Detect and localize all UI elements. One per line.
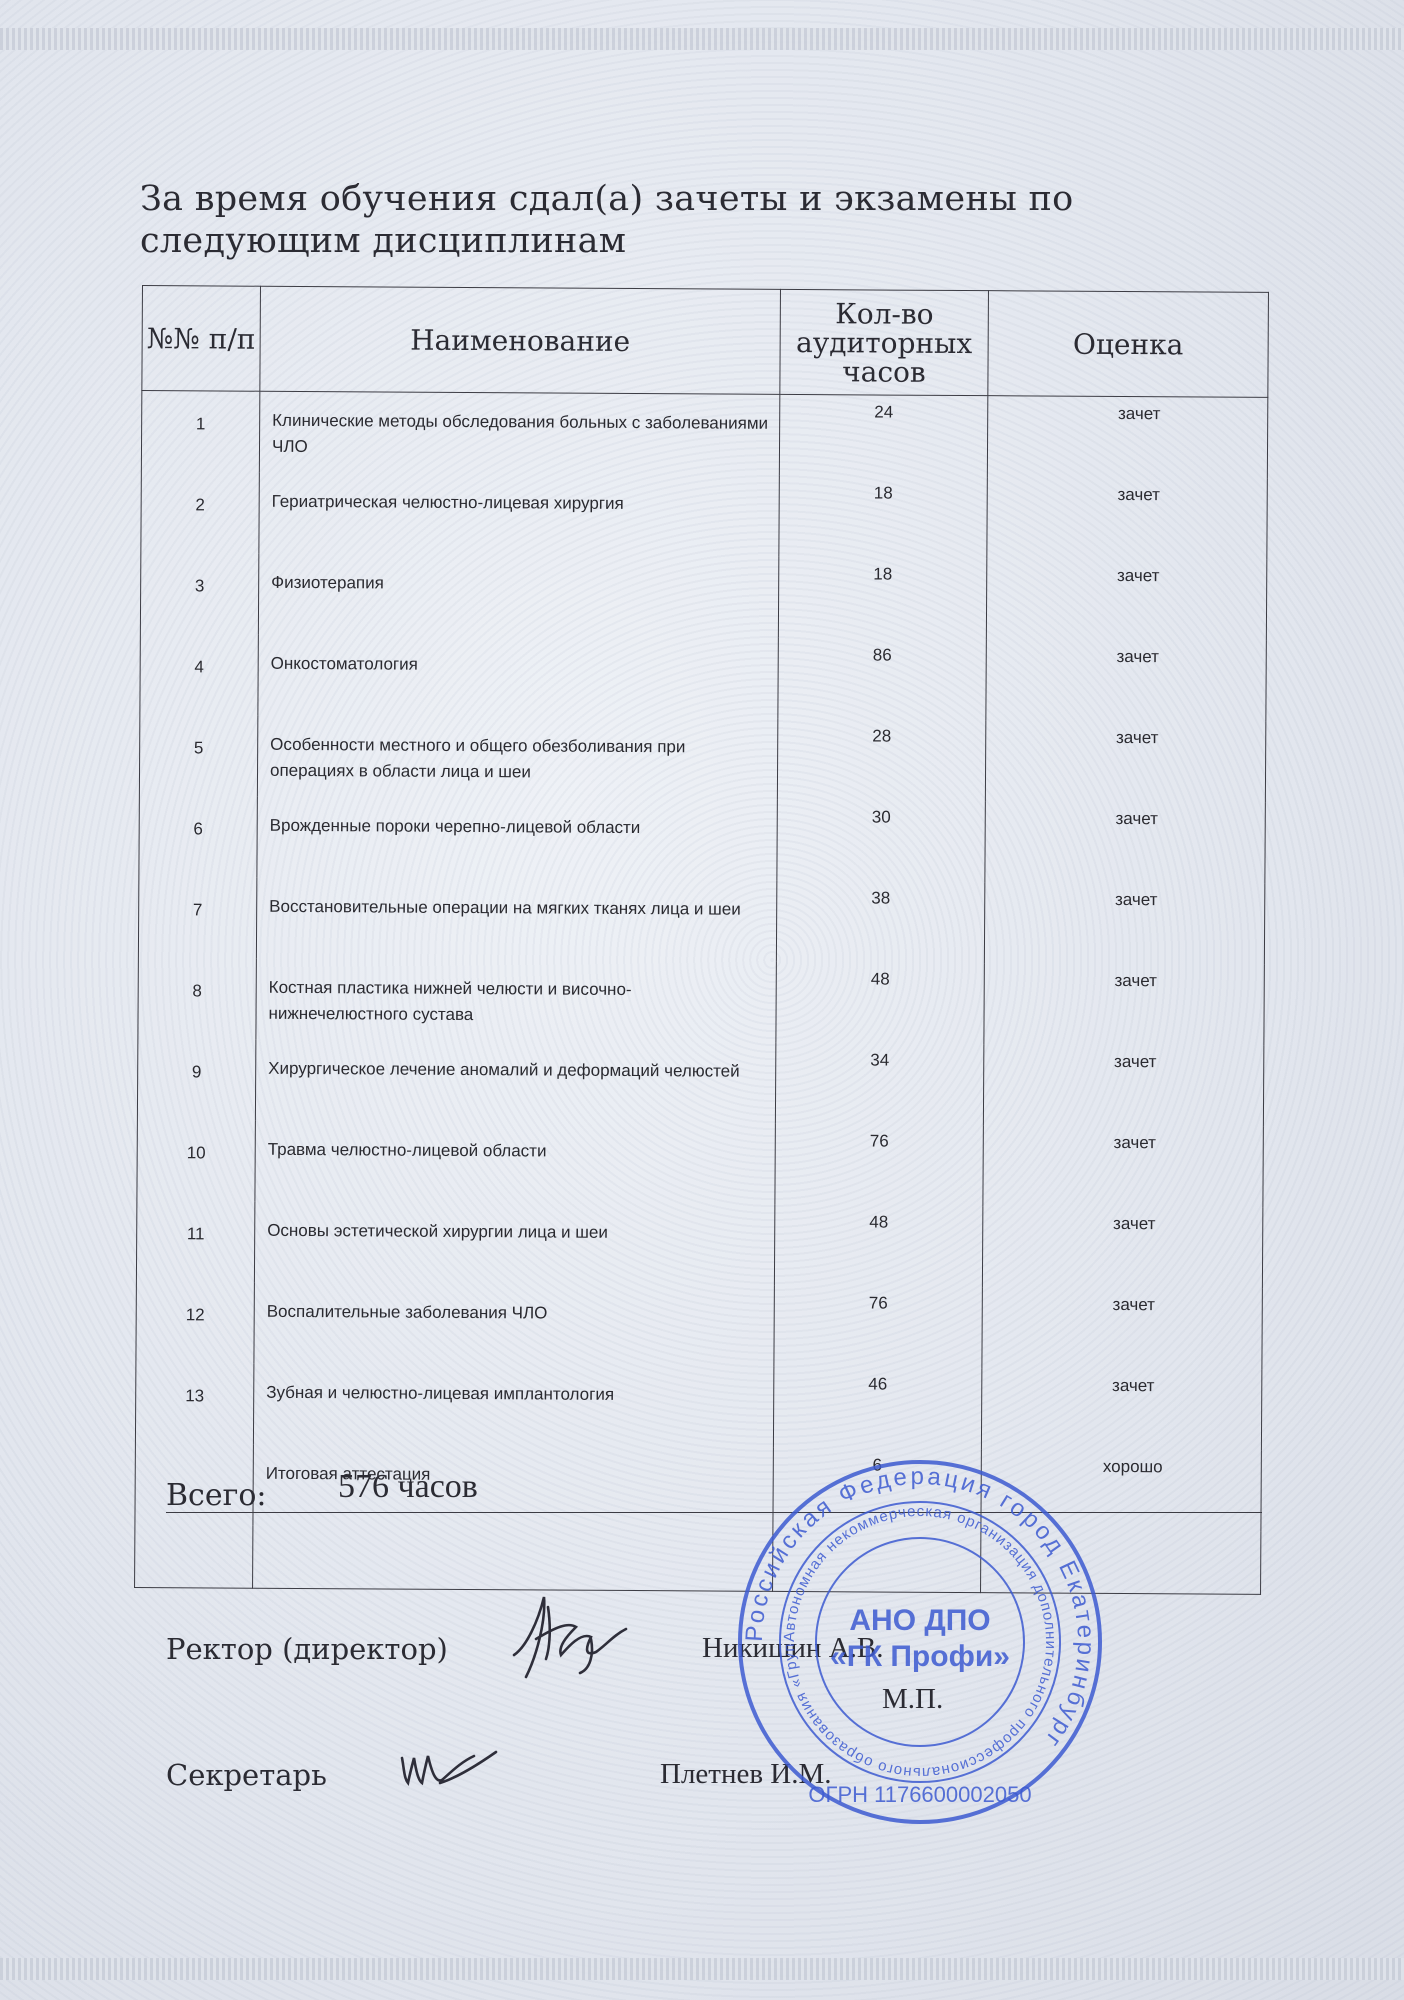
table-row: 10Травма челюстно-лицевой области76зачет (137, 1120, 1263, 1208)
row-number: 13 (135, 1363, 253, 1445)
row-hours: 48 (776, 962, 984, 1044)
table-row: 5Особенности местного и общего обезболив… (139, 715, 1265, 803)
row-number: 12 (136, 1282, 254, 1364)
row-discipline: Гериатрическая челюстно-лицевая хирургия (259, 473, 779, 557)
table-row: 4Онкостоматология86зачет (140, 634, 1266, 722)
row-grade: зачет (986, 639, 1266, 722)
total-label: Всего: (166, 1478, 267, 1513)
row-grade: зачет (987, 477, 1267, 560)
row-discipline: Врожденные пороки черепно-лицевой област… (257, 797, 777, 881)
row-grade: зачет (985, 801, 1265, 884)
row-grade: зачет (983, 1044, 1263, 1127)
row-hours: 76 (775, 1124, 983, 1206)
header-name: Наименование (260, 286, 781, 394)
row-grade: зачет (984, 963, 1264, 1046)
row-hours: 76 (774, 1286, 982, 1368)
row-hours: 46 (773, 1367, 981, 1449)
row-number: 4 (140, 634, 258, 716)
table-row: 13Зубная и челюстно-лицевая имплантологи… (135, 1363, 1261, 1451)
row-discipline: Зубная и челюстно-лицевая имплантология (253, 1364, 773, 1448)
top-border-pattern (0, 28, 1404, 50)
row-grade: зачет (982, 1206, 1262, 1289)
rector-role: Ректор (директор) (166, 1632, 448, 1666)
row-discipline: Травма челюстно-лицевой области (255, 1121, 775, 1205)
header-grade: Оценка (988, 291, 1269, 398)
row-discipline: Онкостоматология (258, 635, 778, 719)
header-hours: Кол-во аудиторных часов (780, 289, 989, 395)
empty-cell (135, 1525, 253, 1588)
row-discipline: Воспалительные заболевания ЧЛО (254, 1283, 774, 1367)
row-grade: зачет (981, 1368, 1261, 1451)
secretary-role: Секретарь (166, 1758, 327, 1792)
table-row: 11Основы эстетической хирургии лица и ше… (136, 1201, 1262, 1289)
table-row: 2Гериатрическая челюстно-лицевая хирурги… (141, 472, 1267, 560)
table-header-row: №№ п/п Наименование Кол-во аудиторных ча… (142, 286, 1269, 398)
organization-stamp: Российская Федерация город Екатеринбург … (730, 1452, 1110, 1832)
header-number: №№ п/п (142, 286, 261, 392)
row-number: 5 (139, 715, 257, 797)
row-hours: 86 (778, 638, 986, 720)
row-number: 8 (138, 958, 256, 1040)
row-hours: 18 (779, 476, 987, 558)
row-hours: 18 (778, 557, 986, 639)
stamp-ogrn: ОГРН 1176600002050 (808, 1782, 1031, 1807)
table-row: 7Восстановительные операции на мягких тк… (138, 877, 1264, 965)
table-row: 12Воспалительные заболевания ЧЛО76зачет (136, 1282, 1262, 1370)
stamp-center-line2: «ГК Профи» (830, 1640, 1010, 1673)
table-row: 9Хирургическое лечение аномалий и деформ… (137, 1039, 1263, 1127)
row-grade: зачет (985, 720, 1265, 803)
row-hours: 28 (777, 719, 985, 801)
row-grade: зачет (986, 558, 1266, 641)
row-discipline: Особенности местного и общего обезболива… (257, 716, 777, 800)
row-discipline: Физиотерапия (258, 554, 778, 638)
stamp-center-line1: АНО ДПО (849, 1604, 990, 1637)
row-hours: 30 (777, 800, 985, 882)
grades-table: №№ п/п Наименование Кол-во аудиторных ча… (134, 285, 1269, 1595)
row-number: 9 (137, 1039, 255, 1121)
row-discipline: Основы эстетической хирургии лица и шеи (254, 1202, 774, 1286)
row-discipline: Клинические методы обследования больных … (259, 391, 779, 476)
bottom-border-pattern (0, 1958, 1404, 1980)
row-hours: 24 (779, 394, 987, 477)
row-hours: 34 (775, 1043, 983, 1125)
secretary-signature-icon (396, 1728, 506, 1798)
row-grade: зачет (982, 1287, 1262, 1370)
table-row: 3Физиотерапия18зачет (140, 553, 1266, 641)
table-body: 1Клинические методы обследования больных… (135, 391, 1268, 1595)
total-value: 576 часов (338, 1468, 478, 1506)
row-discipline: Костная пластика нижней челюсти и височн… (256, 959, 776, 1043)
row-number: 11 (136, 1201, 254, 1283)
row-number: 10 (137, 1120, 255, 1202)
row-discipline: Хирургическое лечение аномалий и деформа… (255, 1040, 775, 1124)
table-row: 6Врожденные пороки черепно-лицевой облас… (139, 796, 1265, 884)
row-grade: зачет (987, 396, 1267, 479)
row-grade: зачет (984, 882, 1264, 965)
row-hours: 48 (774, 1205, 982, 1287)
row-number: 6 (139, 796, 257, 878)
row-number: 1 (141, 391, 259, 473)
page-heading: За время обучения сдал(а) зачеты и экзам… (140, 178, 1280, 262)
row-discipline: Восстановительные операции на мягких тка… (256, 878, 776, 962)
row-grade: зачет (983, 1125, 1263, 1208)
row-number: 7 (138, 877, 256, 959)
table-row: 8Костная пластика нижней челюсти и височ… (138, 958, 1264, 1046)
rector-signature-icon (506, 1577, 636, 1687)
table-row: 1Клинические методы обследования больных… (141, 391, 1267, 479)
row-number: 3 (140, 553, 258, 635)
row-number: 2 (141, 472, 259, 554)
row-hours: 38 (776, 881, 984, 963)
